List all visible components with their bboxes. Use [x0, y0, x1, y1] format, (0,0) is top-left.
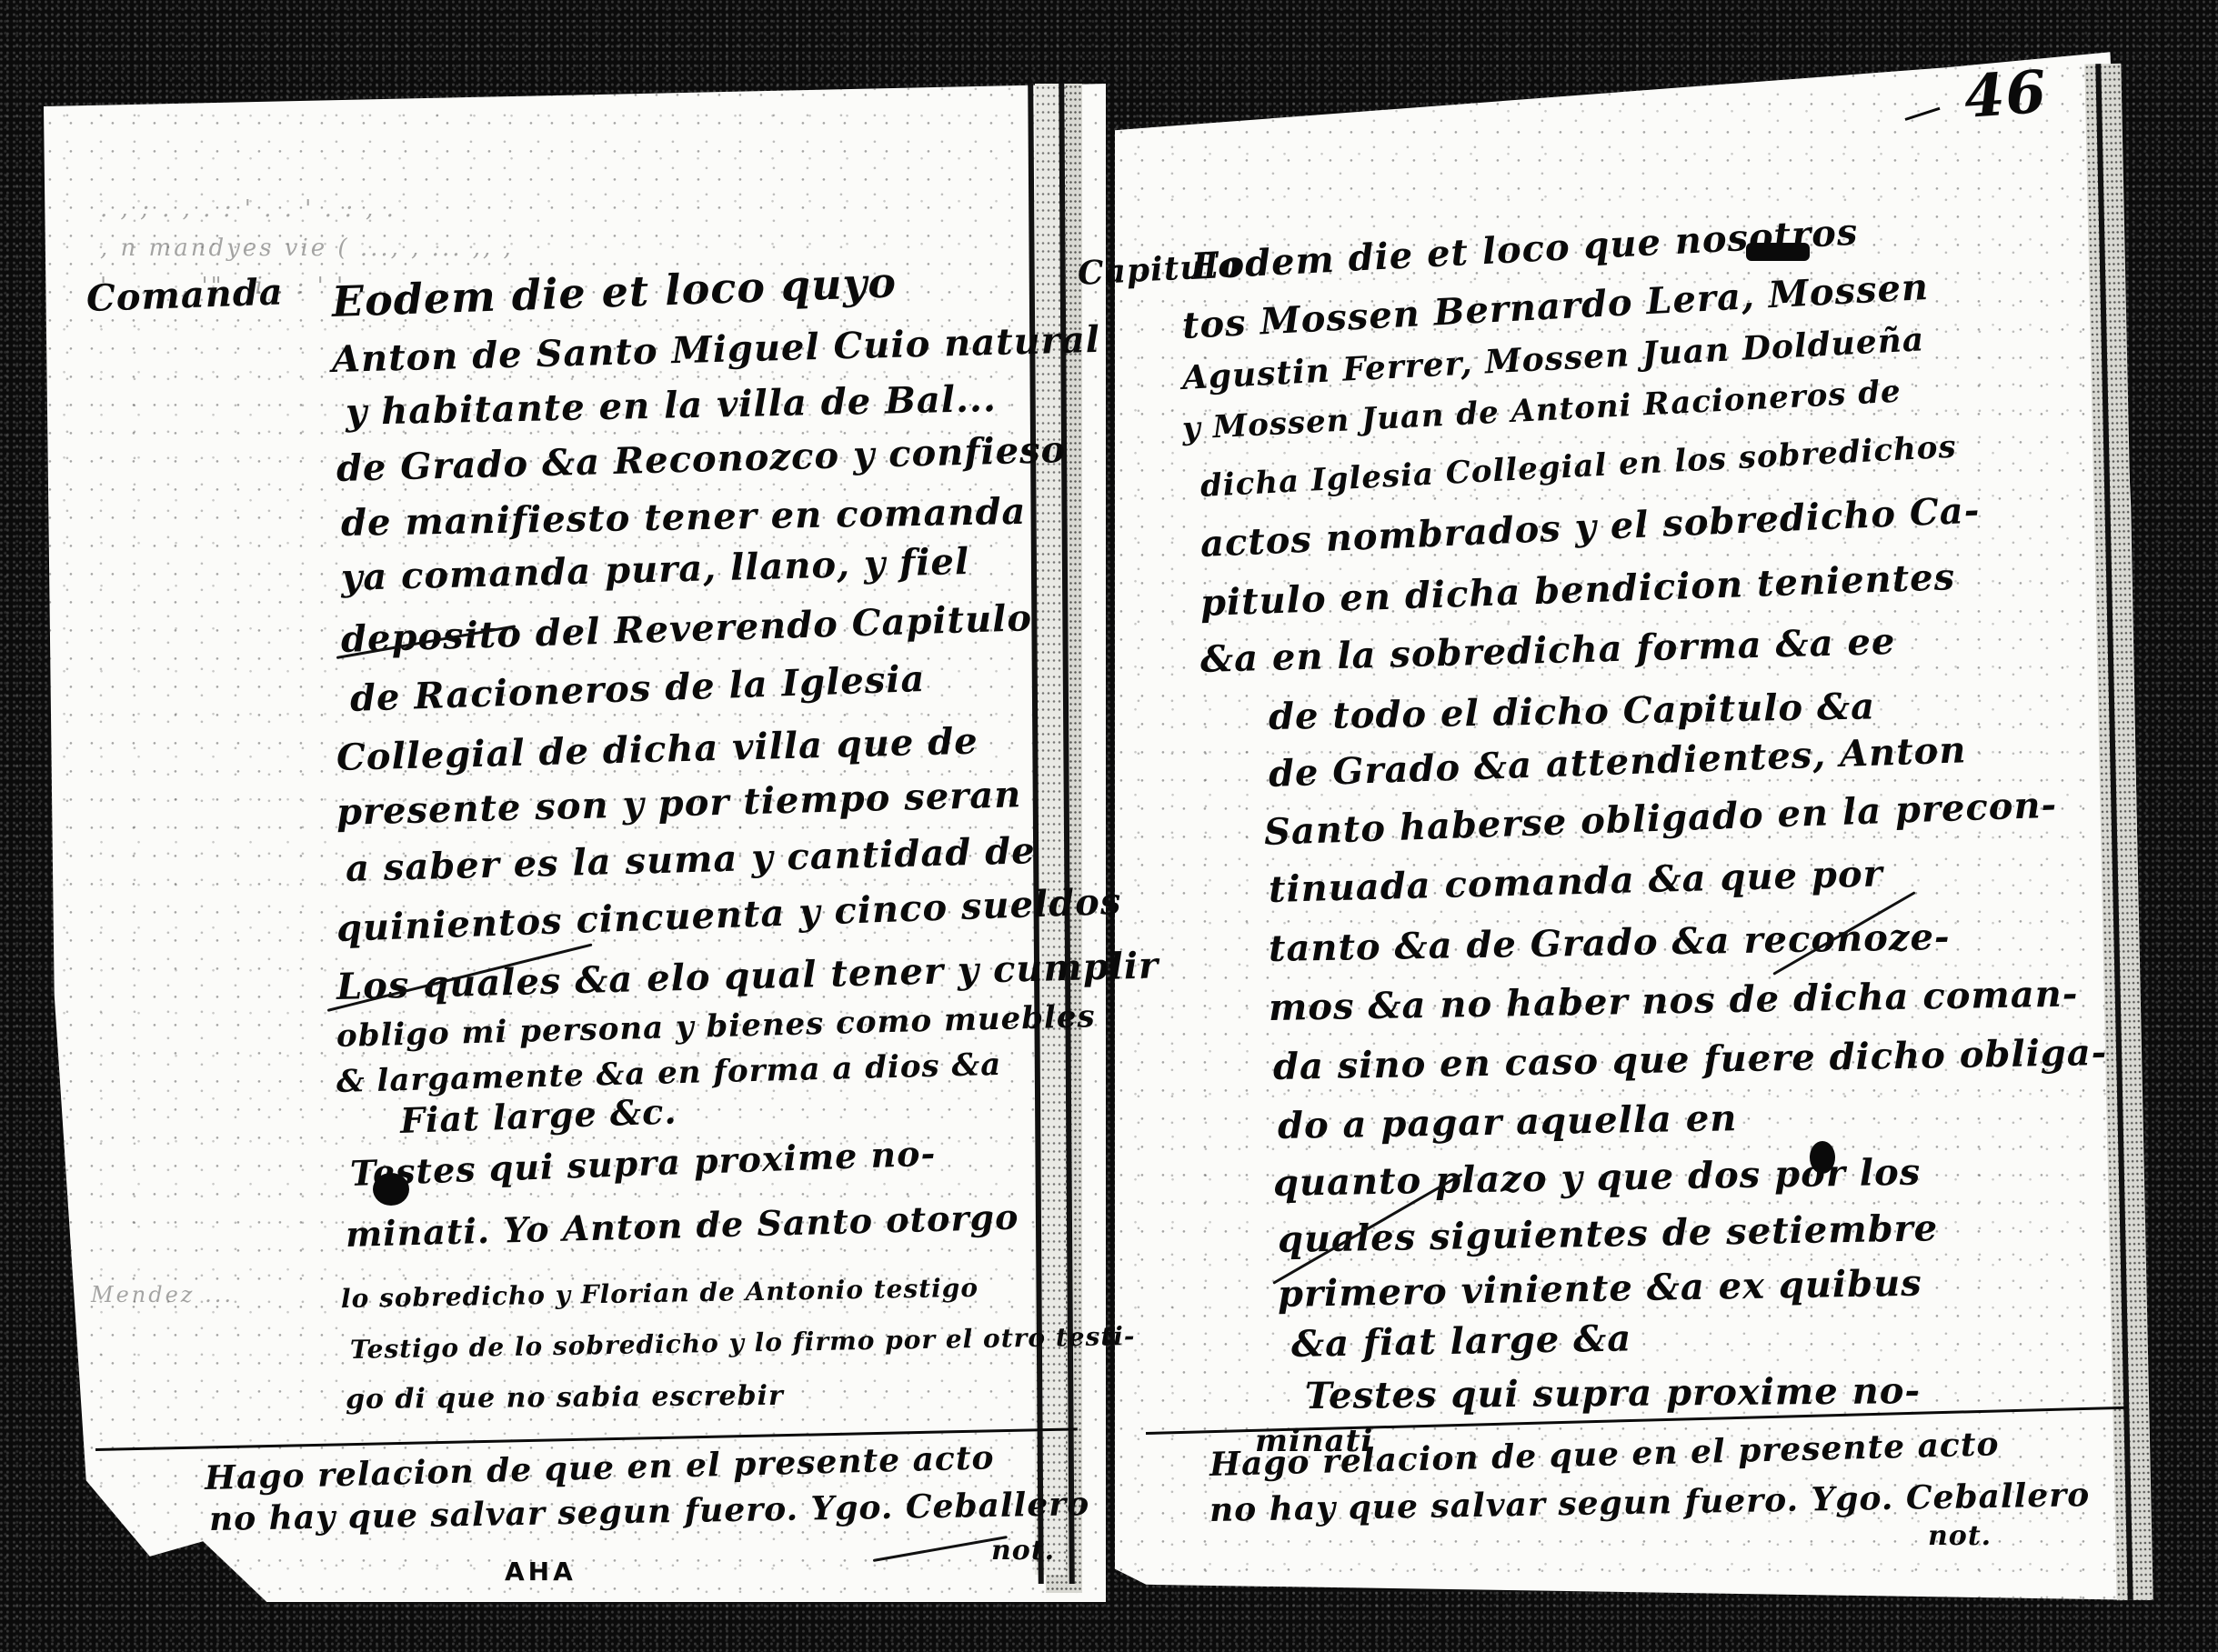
footer-line: not.: [1928, 1520, 1992, 1552]
manuscript-line: &a fiat large &a: [1291, 1317, 1632, 1366]
manuscript-line: go di que no sabia escrebir: [346, 1380, 784, 1416]
manuscript-line: Testes qui supra proxime no-: [1305, 1369, 1921, 1417]
margin-note-comanda: Comanda: [85, 270, 284, 320]
archive-stamp: AHA: [505, 1557, 577, 1587]
bleed-through-text: . , ; . , . : ' . . ' . : , .: [100, 195, 396, 223]
left-margin-faint-note: Mendez ...: [91, 1282, 234, 1307]
footer-line: not.: [991, 1535, 1055, 1567]
ink-blot: [373, 1173, 409, 1206]
manuscript-line: do a pagar aquella en: [1278, 1096, 1738, 1147]
folio-number: 46: [1962, 58, 2049, 132]
ink-blot: [1746, 243, 1810, 261]
bleed-through-text: , n mandyes vie ( ..., , ... ,, ,: [100, 235, 514, 262]
ink-blot: [1810, 1141, 1835, 1174]
